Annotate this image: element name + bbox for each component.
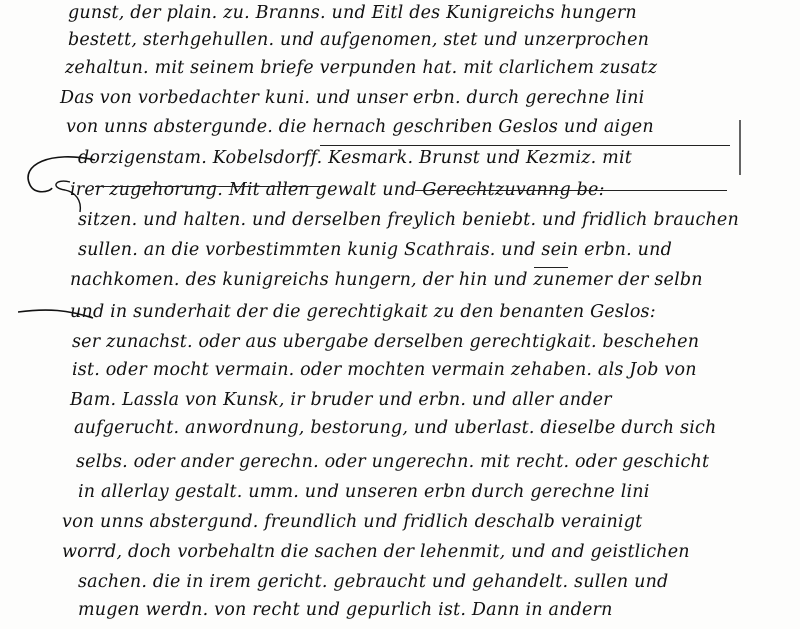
margin-flourish-icon — [18, 302, 98, 322]
manuscript-line-11: und in sunderhait der die gerechtigkait … — [70, 302, 656, 322]
underline-3 — [415, 190, 727, 191]
manuscript-line-9: sullen. an die vorbestimmten kunig Scath… — [78, 240, 672, 260]
manuscript-line-8: sitzen. und halten. und derselben freyli… — [78, 210, 739, 230]
manuscript-line-4: Das von vorbedachter kuni. und unser erb… — [60, 88, 644, 108]
manuscript-page: gunst, der plain. zu. Branns. und Eitl d… — [0, 0, 800, 629]
manuscript-line-1: gunst, der plain. zu. Branns. und Eitl d… — [68, 3, 637, 23]
manuscript-line-6: dorzigenstam. Kobelsdorff. Kesmark. Brun… — [78, 148, 632, 168]
manuscript-line-16: selbs. oder ander gerechn. oder ungerech… — [76, 452, 709, 472]
manuscript-line-5: von unns abstergunde. die hernach geschr… — [66, 117, 654, 137]
underline-1 — [320, 145, 730, 146]
manuscript-line-20: sachen. die in irem gericht. gebraucht u… — [78, 572, 668, 592]
manuscript-line-21: mugen werdn. von recht und gepurlich ist… — [78, 600, 613, 620]
manuscript-line-18: von unns abstergund. freundlich und frid… — [62, 512, 642, 532]
manuscript-line-3: zehaltun. mit seinem briefe verpunden ha… — [65, 58, 657, 78]
manuscript-line-17: in allerlay gestalt. umm. und unseren er… — [78, 482, 650, 502]
manuscript-line-14: Bam. Lassla von Kunsk, ir bruder und erb… — [70, 390, 612, 410]
manuscript-line-10: nachkomen. des kunigreichs hungern, der … — [70, 270, 703, 290]
manuscript-line-19: worrd, doch vorbehaltn die sachen der le… — [62, 542, 690, 562]
manuscript-line-12: ser zunachst. oder aus ubergabe derselbe… — [72, 332, 699, 352]
margin-flourish-icon — [735, 100, 765, 180]
underline-4 — [534, 267, 568, 268]
margin-flourish-icon — [10, 150, 130, 220]
manuscript-line-15: aufgerucht. anwordnung, bestorung, und u… — [74, 418, 716, 438]
manuscript-line-2: bestett, sterhgehullen. und aufgenomen, … — [68, 30, 649, 50]
manuscript-line-13: ist. oder mocht vermain. oder mochten ve… — [72, 360, 697, 380]
